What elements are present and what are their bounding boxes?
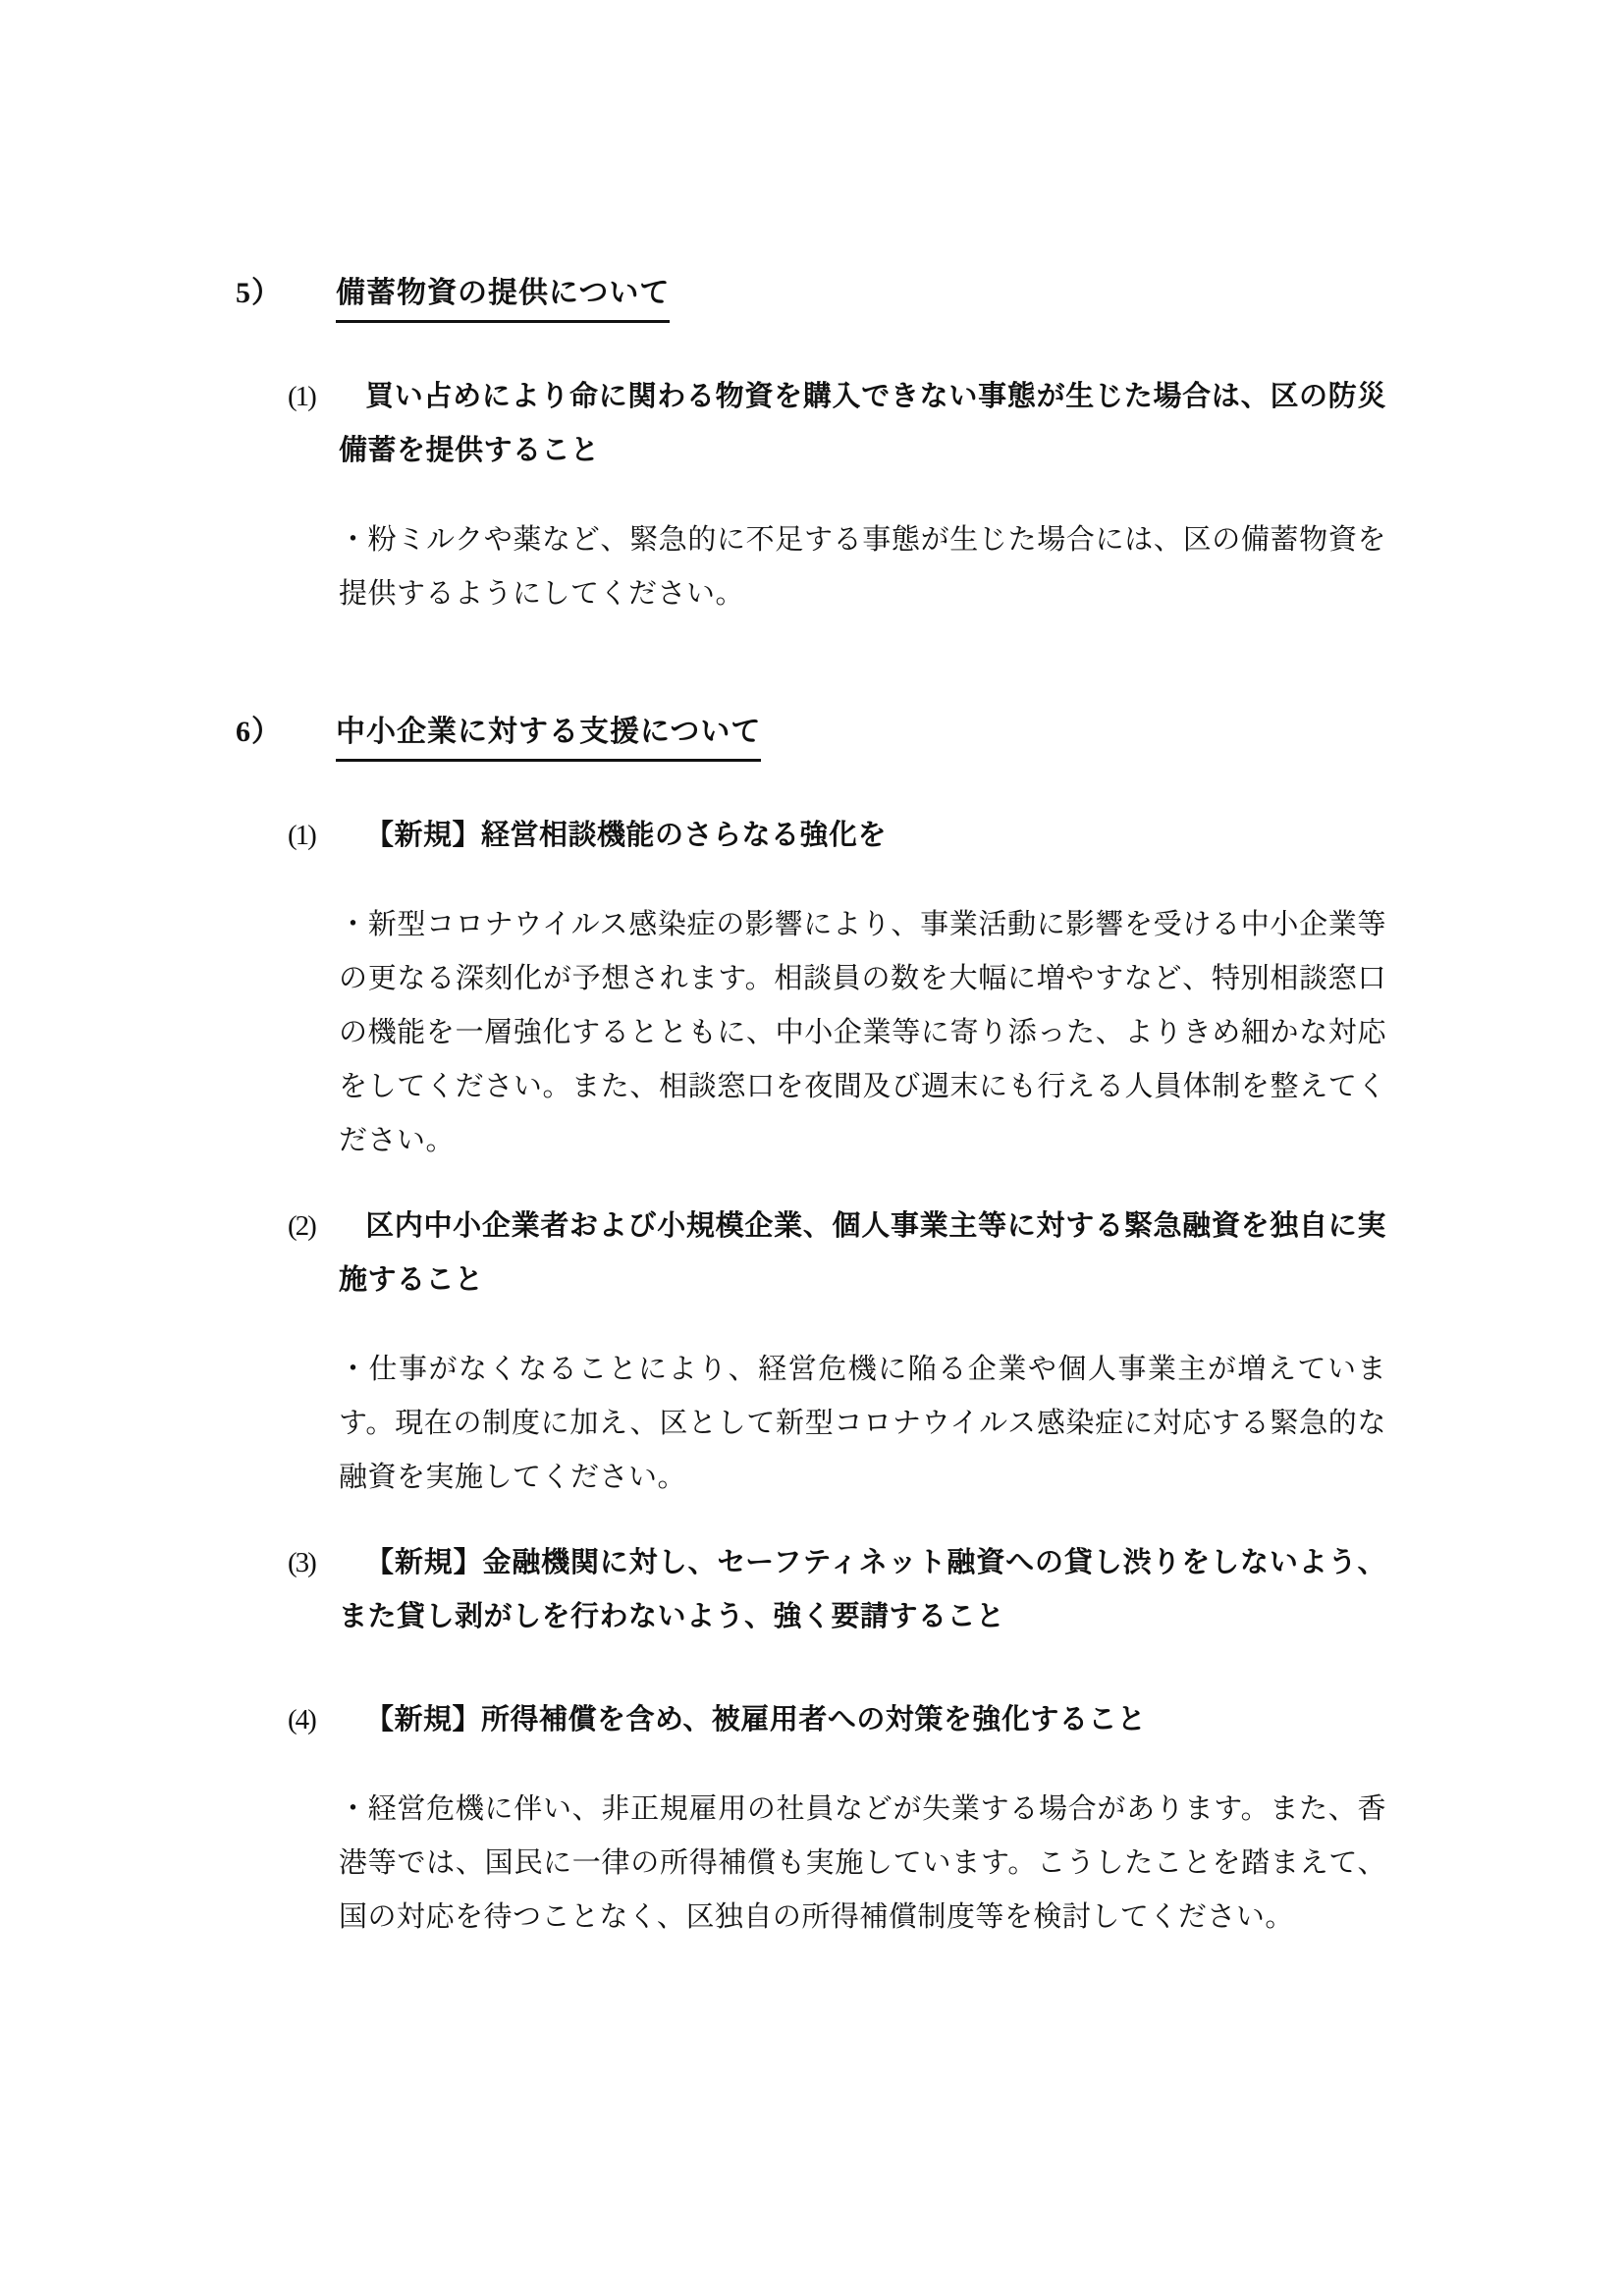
item-heading: (2) 区内中小企業者および小規模企業、個人事業主等に対する緊急融資を独自に実施… [288,1200,1387,1308]
item-number: (4) [288,1693,339,1747]
item-body: ・粉ミルクや薬など、緊急的に不足する事態が生じた場合には、区の備蓄物資を提供する… [339,513,1386,621]
paragraph: ・新型コロナウイルス感染症の影響により、事業活動に影響を受ける中小企業等の更なる… [339,898,1386,1168]
item-heading: (1) 【新規】経営相談機能のさらなる強化を [288,809,1387,863]
section-title: 備蓄物資の提供について [336,273,670,323]
document-page: 5）備蓄物資の提供について (1) 買い占めにより命に関わる物資を購入できない事… [0,0,1623,2296]
item-title: 区内中小企業者および小規模企業、個人事業主等に対する緊急融資を独自に実施すること [339,1200,1386,1308]
item-body: ・仕事がなくなることにより、経営危機に陥る企業や個人事業主が増えています。現在の… [339,1343,1386,1505]
item-number: (2) [288,1200,339,1254]
paragraph: ・仕事がなくなることにより、経営危機に陥る企業や個人事業主が増えています。現在の… [339,1343,1386,1505]
section-sme-support: 6）中小企業に対する支援について (1) 【新規】経営相談機能のさらなる強化を … [236,712,1387,1945]
item-6-1: (1) 【新規】経営相談機能のさらなる強化を ・新型コロナウイルス感染症の影響に… [288,809,1387,1168]
item-title: 買い占めにより命に関わる物資を購入できない事態が生じた場合は、区の防災備蓄を提供… [339,370,1386,478]
item-title: 【新規】金融機関に対し、セーフティネット融資への貸し渋りをしないよう、また貸し剥… [339,1536,1386,1644]
item-title: 【新規】所得補償を含め、被雇用者への対策を強化すること [339,1693,1386,1747]
item-heading: (3) 【新規】金融機関に対し、セーフティネット融資への貸し渋りをしないよう、ま… [288,1536,1387,1644]
section-heading: 5）備蓄物資の提供について [236,273,1387,323]
item-body: ・新型コロナウイルス感染症の影響により、事業活動に影響を受ける中小企業等の更なる… [339,898,1386,1168]
section-heading: 6）中小企業に対する支援について [236,712,1387,762]
section-number: 5） [236,273,336,314]
item-body: ・経営危機に伴い、非正規雇用の社員などが失業する場合があります。また、香港等では… [339,1783,1386,1945]
item-number: (1) [288,370,339,424]
paragraph: ・経営危機に伴い、非正規雇用の社員などが失業する場合があります。また、香港等では… [339,1783,1386,1945]
item-6-2: (2) 区内中小企業者および小規模企業、個人事業主等に対する緊急融資を独自に実施… [288,1200,1387,1505]
item-number: (3) [288,1536,339,1590]
item-6-4: (4) 【新規】所得補償を含め、被雇用者への対策を強化すること ・経営危機に伴い… [288,1693,1387,1945]
section-title: 中小企業に対する支援について [336,712,761,762]
paragraph: ・粉ミルクや薬など、緊急的に不足する事態が生じた場合には、区の備蓄物資を提供する… [339,513,1386,621]
item-heading: (1) 買い占めにより命に関わる物資を購入できない事態が生じた場合は、区の防災備… [288,370,1387,478]
item-6-3: (3) 【新規】金融機関に対し、セーフティネット融資への貸し渋りをしないよう、ま… [288,1536,1387,1644]
item-5-1: (1) 買い占めにより命に関わる物資を購入できない事態が生じた場合は、区の防災備… [288,370,1387,621]
item-title: 【新規】経営相談機能のさらなる強化を [339,809,1386,863]
section-number: 6） [236,712,336,753]
item-number: (1) [288,809,339,863]
item-heading: (4) 【新規】所得補償を含め、被雇用者への対策を強化すること [288,1693,1387,1747]
section-stockpile-supplies: 5）備蓄物資の提供について (1) 買い占めにより命に関わる物資を購入できない事… [236,273,1387,621]
